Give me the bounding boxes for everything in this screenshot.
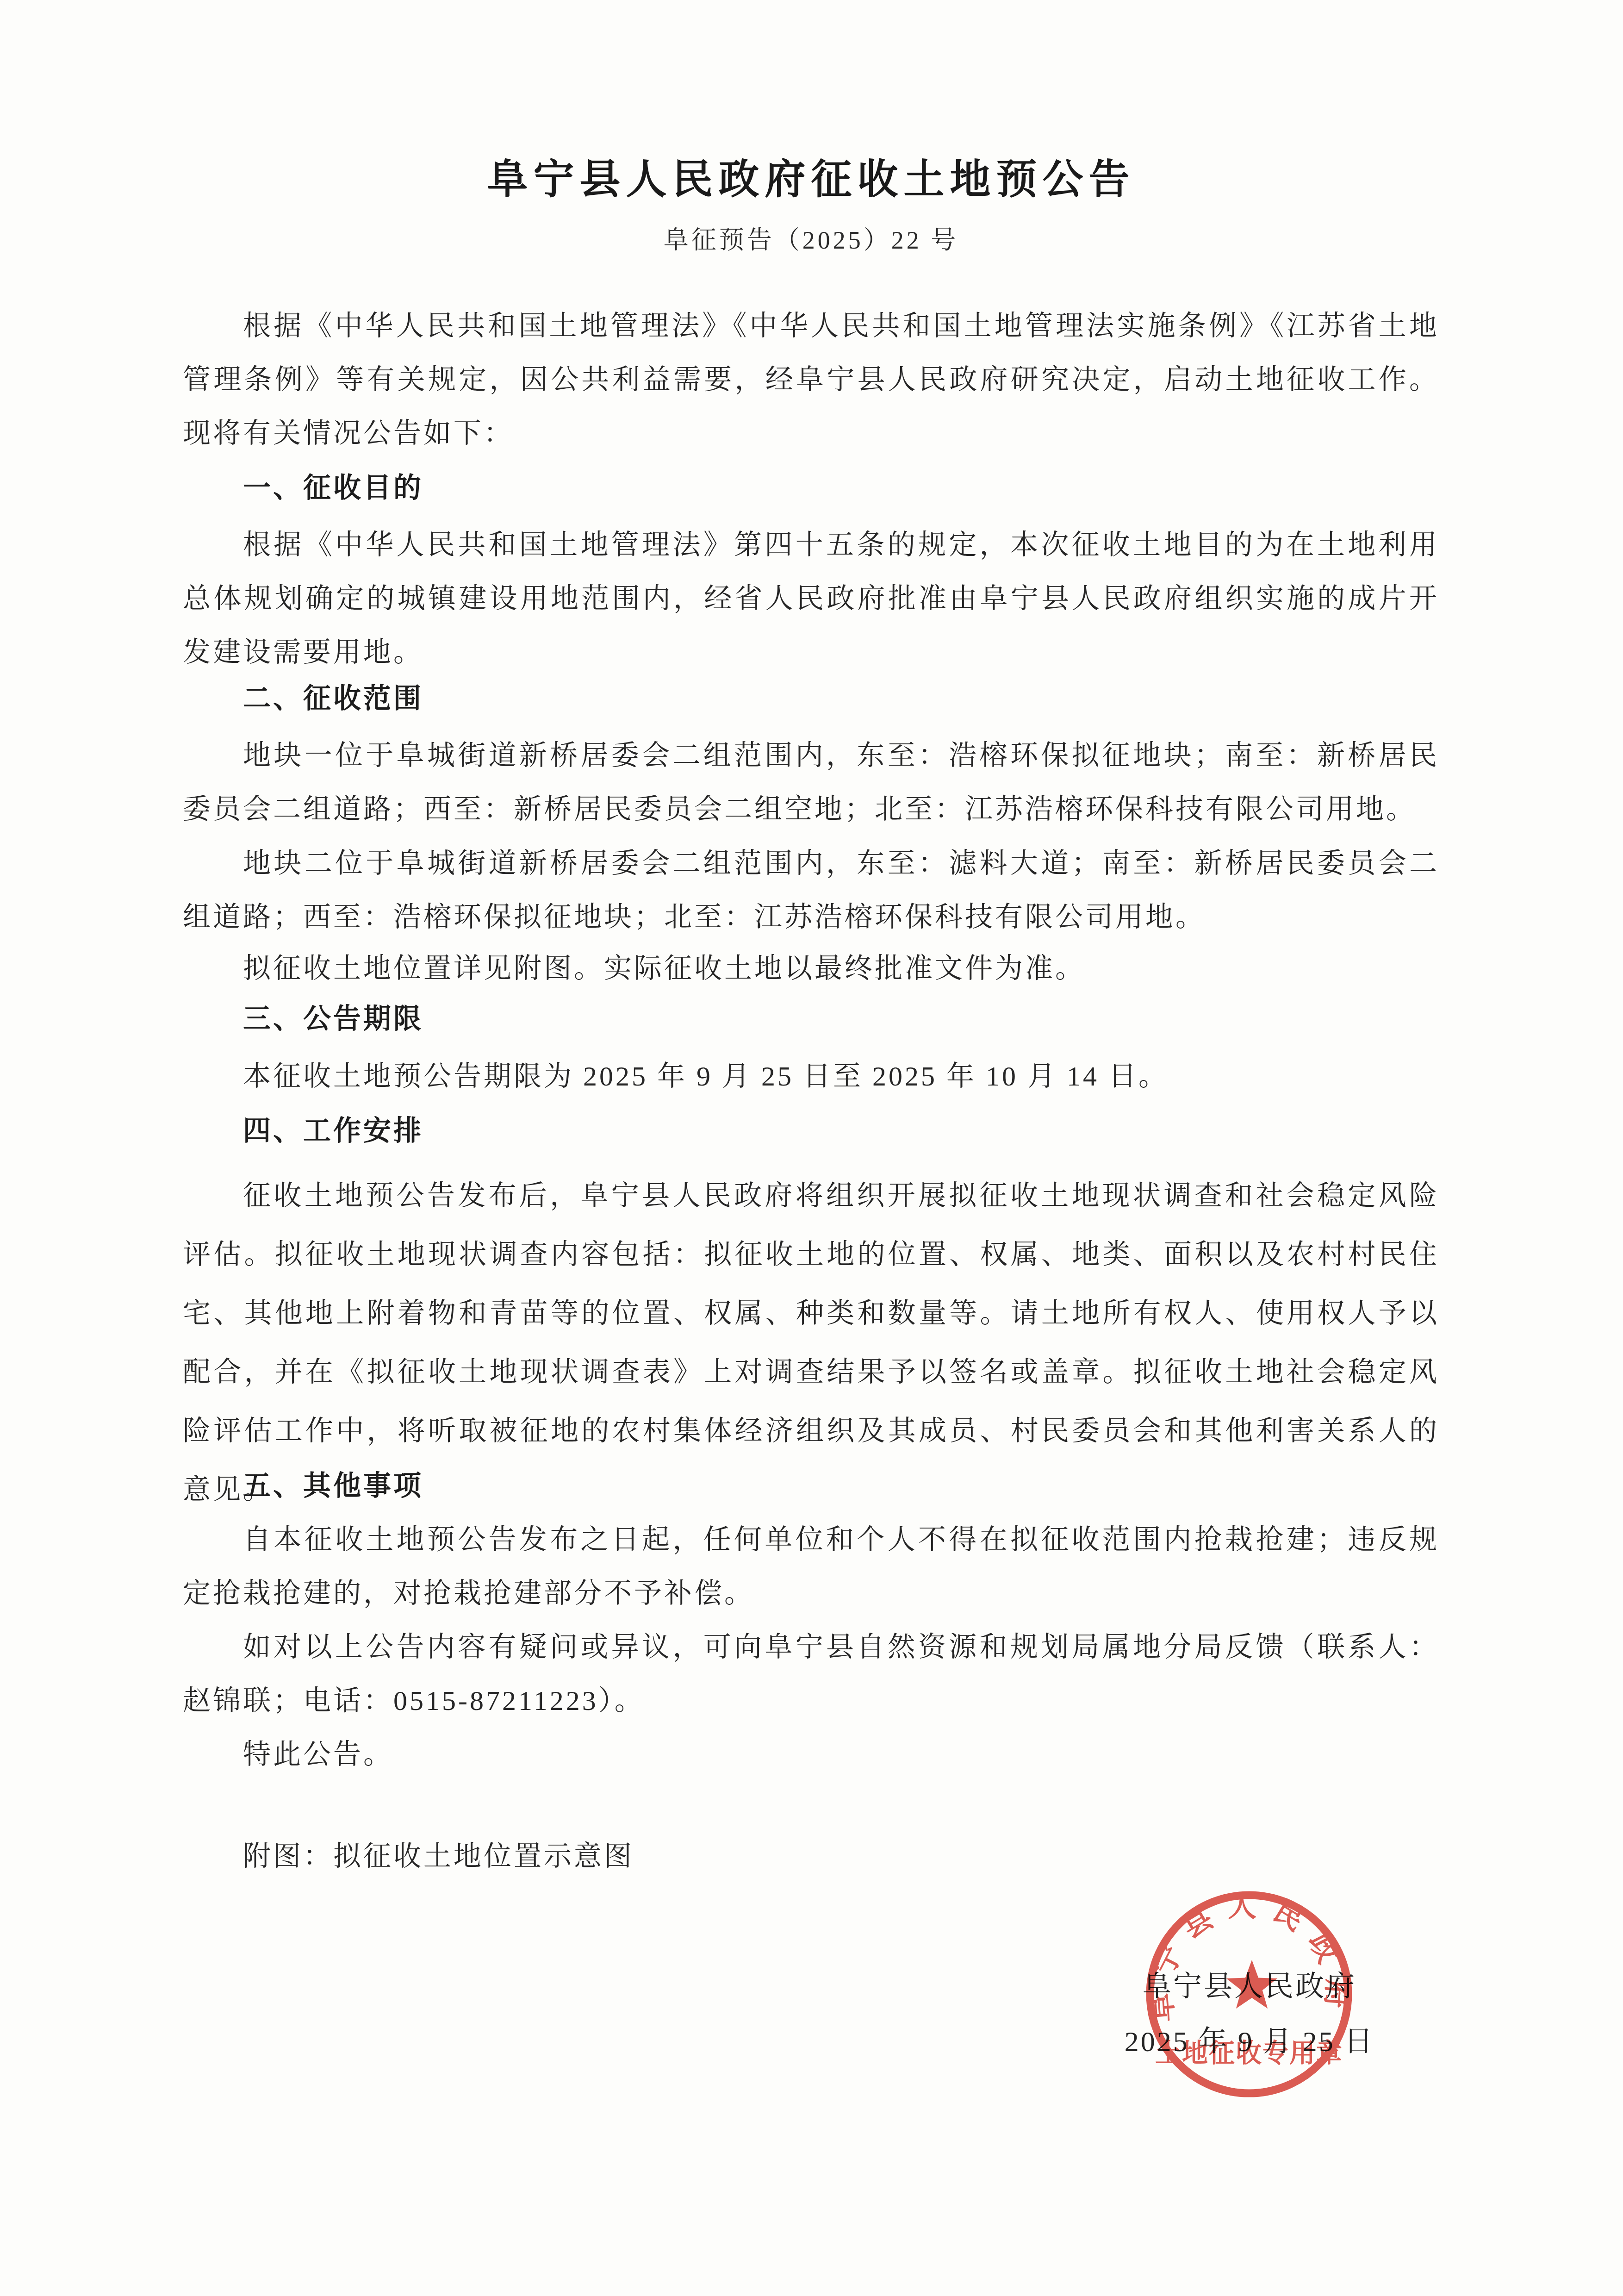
seal-bottom-text: 土地征收专用章 [1155, 2039, 1343, 2068]
paragraph-intro: 根据《中华人民共和国土地管理法》《中华人民共和国土地管理法实施条例》《江苏省土地… [183, 299, 1439, 460]
section-heading-2: 二、征收范围 [183, 672, 1439, 725]
section-heading-4: 四、工作安排 [183, 1104, 1439, 1158]
paragraph-scope-plot1: 地块一位于阜城街道新桥居委会二组范围内，东至：浩榕环保拟征地块；南至：新桥居民委… [183, 729, 1439, 836]
section-heading-3: 三、公告期限 [183, 992, 1439, 1046]
section-heading-1: 一、征收目的 [183, 461, 1439, 515]
svg-text:阜宁县人民政府: 阜宁县人民政府 [1145, 1891, 1354, 2023]
page-title: 阜宁县人民政府征收土地预公告 [183, 150, 1439, 210]
section-heading-5: 五、其他事项 [183, 1459, 1439, 1513]
seal-arc-text: 阜宁县人民政府 [1145, 1891, 1354, 2023]
official-seal: 阜宁县人民政府 土地征收专用章 [1141, 1886, 1357, 2103]
attachment-note: 附图：拟征收土地位置示意图 [183, 1829, 1439, 1883]
paragraph-period: 本征收土地预公告期限为 2025 年 9 月 25 日至 2025 年 10 月… [183, 1049, 1439, 1103]
paragraph-other-item2: 如对以上公告内容有疑问或异议，可向阜宁县自然资源和规划局属地分局反馈（联系人：赵… [183, 1620, 1439, 1728]
paragraph-closing: 特此公告。 [183, 1728, 1439, 1781]
document-number: 阜征预告（2025）22 号 [183, 221, 1439, 260]
paragraph-scope-note: 拟征收土地位置详见附图。实际征收土地以最终批准文件为准。 [183, 942, 1439, 995]
paragraph-scope-plot2: 地块二位于阜城街道新桥居委会二组范围内，东至：滤料大道；南至：新桥居民委员会二组… [183, 836, 1439, 944]
paragraph-other-item1: 自本征收土地预公告发布之日起，任何单位和个人不得在拟征收范围内抢栽抢建；违反规定… [183, 1513, 1439, 1620]
star-icon [1226, 1960, 1277, 2009]
announcement-page: 阜宁县人民政府征收土地预公告 阜征预告（2025）22 号 根据《中华人民共和国… [0, 0, 1623, 2296]
paragraph-purpose: 根据《中华人民共和国土地管理法》第四十五条的规定，本次征收土地目的为在土地利用总… [183, 518, 1439, 679]
